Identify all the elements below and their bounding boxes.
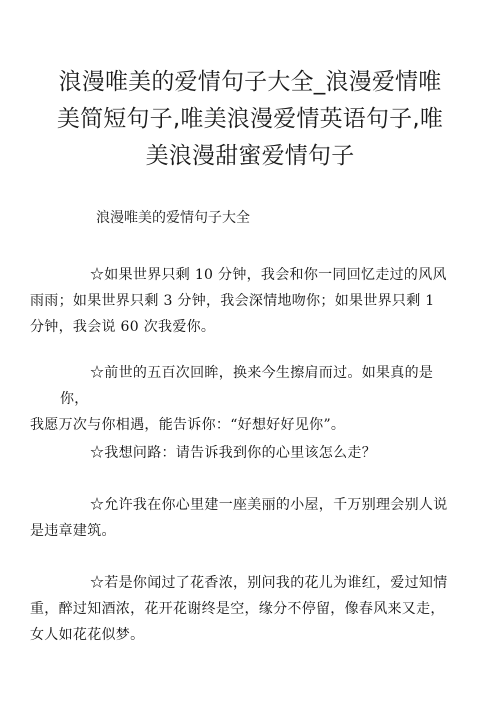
- document-page: 浪漫唯美的爱情句子大全_浪漫爱情唯 美简短句子,唯美浪漫爱情英语句子,唯 美浪漫…: [0, 0, 500, 707]
- paragraph-line: 是违章建筑。: [30, 518, 450, 544]
- title-line: 美浪漫甜蜜爱情句子: [50, 138, 450, 175]
- paragraph-5: ☆若是你闻过了花香浓，别问我的花儿为谁红，爱过知情 重，醉过知酒浓，花开花谢终是…: [60, 570, 450, 648]
- document-title: 浪漫唯美的爱情句子大全_浪漫爱情唯 美简短句子,唯美浪漫爱情英语句子,唯 美浪漫…: [50, 64, 450, 175]
- paragraph-line: 雨雨；如果世界只剩 3 分钟，我会深情地吻你；如果世界只剩 1: [30, 288, 450, 314]
- paragraph-line: ☆允许我在你心里建一座美丽的小屋，千万别理会别人说: [60, 492, 450, 518]
- paragraph-line: 分钟，我会说 60 次我爱你。: [30, 314, 450, 340]
- paragraph-line: 我愿万次与你相遇，能告诉你：“好想好好见你”。: [30, 412, 450, 438]
- paragraph-1: ☆如果世界只剩 10 分钟，我会和你一同回忆走过的风风 雨雨；如果世界只剩 3 …: [60, 262, 450, 340]
- paragraph-line: ☆若是你闻过了花香浓，别问我的花儿为谁红，爱过知情: [60, 570, 450, 596]
- paragraph-2: ☆前世的五百次回眸，换来今生擦肩而过。如果真的是你， 我愿万次与你相遇，能告诉你…: [60, 360, 450, 438]
- paragraph-line: 女人如花花似梦。: [30, 622, 450, 648]
- paragraph-line: 重，醉过知酒浓，花开花谢终是空，缘分不停留，像春风来又走，: [30, 596, 450, 622]
- paragraph-3: ☆我想问路：请告诉我到你的心里该怎么走？: [60, 440, 450, 466]
- section-heading: 浪漫唯美的爱情句子大全: [96, 208, 250, 228]
- paragraph-line: ☆我想问路：请告诉我到你的心里该怎么走？: [60, 440, 450, 466]
- paragraph-4: ☆允许我在你心里建一座美丽的小屋，千万别理会别人说 是违章建筑。: [60, 492, 450, 544]
- paragraph-line: ☆前世的五百次回眸，换来今生擦肩而过。如果真的是你，: [60, 360, 450, 412]
- title-line: 美简短句子,唯美浪漫爱情英语句子,唯: [50, 101, 450, 138]
- paragraph-line: ☆如果世界只剩 10 分钟，我会和你一同回忆走过的风风: [60, 262, 450, 288]
- title-line: 浪漫唯美的爱情句子大全_浪漫爱情唯: [50, 64, 450, 101]
